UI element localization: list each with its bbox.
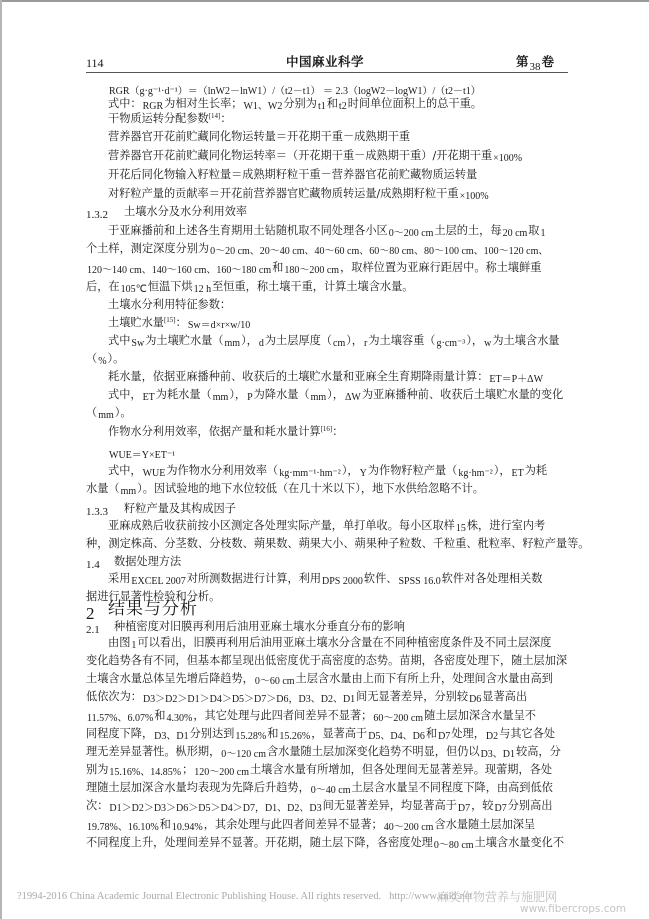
math-run: kg·hm⁻² bbox=[458, 468, 492, 479]
text-run: ，取样位置为亚麻行距居中。称土壤鲜重 bbox=[340, 261, 541, 274]
math-run: 0～120 cm bbox=[221, 749, 266, 760]
text-line: 后，在105℃恒温下烘12 h至恒重，称土壤干重，计算土壤含水量。 bbox=[86, 280, 413, 295]
text-run: 土层含水量由上而下有所上升，处理间含水量由高到 bbox=[296, 672, 553, 685]
math-run: d bbox=[259, 338, 264, 349]
text-run: （ bbox=[86, 352, 97, 365]
text-line: 土壤贮水量[15]：Sw＝d×r×w/10 bbox=[108, 316, 251, 331]
text-run: 和 bbox=[267, 727, 278, 740]
math-run: ET bbox=[143, 392, 155, 403]
page-number: 114 bbox=[86, 56, 104, 71]
math-run: 0～80 cm bbox=[434, 840, 474, 851]
text-run: ）。 bbox=[108, 352, 125, 365]
subsection-title: 土壤水分及水分利用效率 bbox=[124, 205, 247, 218]
math-run: 40～200 cm bbox=[384, 822, 434, 833]
text-run: 亚麻成熟后收获前按小区测定各处理实际产量，单打单收。每小区取样 bbox=[108, 519, 455, 532]
text-run: ； bbox=[182, 763, 193, 776]
text-run: 由图 bbox=[108, 636, 130, 649]
text-run: 水量（ bbox=[86, 482, 120, 495]
text-line: 耗水量，依据亚麻播种前、收获后的土壤贮水量和亚麻全生育期降雨量计算：ET＝P＋Δ… bbox=[108, 370, 544, 385]
text-run: 至恒重，称土壤干重，计算土壤含水量。 bbox=[212, 280, 413, 293]
subsection-heading: 2.1种植密度对旧膜再利用后油用亚麻土壤水分垂直分布的影响 bbox=[86, 618, 405, 634]
text-run: 营养器官开花前贮藏同化物运转量＝开花期干重－成熟期干重 bbox=[108, 130, 410, 143]
math-run: D5、D4、D6 bbox=[368, 731, 425, 742]
text-run: 含水量随土层加深变化趋势不明显，但仍以 bbox=[267, 745, 480, 758]
math-run: ×100% bbox=[460, 191, 489, 202]
text-run: 时间单位面积上的总干重。 bbox=[348, 97, 482, 110]
math-run: 120～140 cm、140～160 cm、160～180 cm bbox=[87, 265, 271, 276]
math-run: Sw＝d×r×w/10 bbox=[188, 320, 250, 331]
text-run: 为作物水分利用效率（ bbox=[166, 464, 278, 477]
text-run: 分别达到 bbox=[190, 727, 235, 740]
text-run: 分别高出 bbox=[508, 799, 553, 812]
text-run: 不同程度上升，处理间差异不显著。开花期，随土层下降，各密度处理 bbox=[86, 836, 433, 849]
text-line: 采用EXCEL 2007对所测数据进行计算，利用DPS 2000软件、SPSS … bbox=[108, 572, 542, 587]
text-run: 为亚麻播种前、收获后土壤贮水量的变化 bbox=[362, 388, 563, 401]
text-run: （ bbox=[86, 406, 97, 419]
text-run: 于亚麻播前和上述各生育期用土钻随机取不同处理各小区 bbox=[108, 224, 388, 237]
text-line: 不同程度上升，处理间差异不显著。开花期，随土层下降，各密度处理0～80 cm土壤… bbox=[86, 836, 564, 851]
text-run: 为降水量（ bbox=[254, 388, 310, 401]
text-run: ，其余处理与此四者间差异不显著； bbox=[204, 818, 383, 831]
math-run: DPS 2000 bbox=[322, 576, 363, 587]
text-run: 低依次为： bbox=[86, 690, 142, 703]
text-line: 营养器官开花前贮藏同化物运转量＝开花期干重－成熟期干重 bbox=[108, 130, 410, 144]
math-run: mm bbox=[311, 392, 327, 403]
math-run: 120～200 cm bbox=[194, 767, 249, 778]
math-run: t1 bbox=[318, 101, 326, 112]
math-run: r bbox=[364, 338, 367, 349]
math-run: 1 bbox=[131, 640, 136, 651]
math-run: 180～200 cm bbox=[284, 265, 339, 276]
text-line: 个土样，测定深度分别为0～20 cm、20～40 cm、40～60 cm、60～… bbox=[86, 242, 549, 257]
text-run: 理随土层加深含水量均表现为先降后升趋势， bbox=[86, 781, 310, 794]
text-line: （mm）。 bbox=[86, 406, 132, 421]
text-run: 后，在 bbox=[86, 280, 120, 293]
text-run: ）， bbox=[342, 464, 359, 477]
text-run: 土壤贮水量 bbox=[108, 316, 164, 329]
math-run: EXCEL 2007 bbox=[131, 576, 185, 587]
text-line: 变化趋势各有不同，但基本都呈现出低密度优于高密度的态势。苗期，各密度处理下，随土… bbox=[86, 654, 567, 668]
math-run: D3、D1 bbox=[481, 749, 515, 760]
math-run: 0～20 cm、20～40 cm、40～60 cm、60～80 cm、80～10… bbox=[210, 246, 548, 257]
text-line: 式中，WUE为作物水分利用效率（kg·mm⁻¹·hm⁻²），Y为作物籽粒产量（k… bbox=[108, 464, 547, 479]
math-run: 15.26% bbox=[279, 731, 310, 742]
math-run: D2 bbox=[486, 731, 498, 742]
text-run: ）， bbox=[346, 334, 363, 347]
text-run: ）， bbox=[466, 334, 483, 347]
text-line: 同程度下降，D3、D1分别达到15.28%和15.26%，显著高于D5、D4、D… bbox=[86, 727, 555, 742]
text-run: 变化趋势各有不同，但基本都呈现出低密度优于高密度的态势。苗期，各密度处理下，随土… bbox=[86, 654, 567, 667]
math-run: mm bbox=[225, 338, 241, 349]
text-run: 分别为 bbox=[283, 97, 317, 110]
text-run: 含水量随土层加深呈 bbox=[434, 818, 535, 831]
math-run: SPSS 16.0 bbox=[398, 576, 440, 587]
math-run: 15.28% bbox=[235, 731, 266, 742]
subsection-heading: 1.3.2土壤水分及水分利用效率 bbox=[86, 203, 247, 219]
text-run: 为土壤含水量 bbox=[492, 334, 559, 347]
math-run: D3、D1 bbox=[154, 731, 188, 742]
math-run: W1、W2 bbox=[243, 101, 282, 112]
citation-ref: [14] bbox=[209, 112, 221, 120]
math-run: ET＝P＋ΔW bbox=[489, 374, 543, 385]
text-line: 理随土层加深含水量均表现为先降后升趋势，0～40 cm土层含水量呈不同程度下降，… bbox=[86, 781, 553, 796]
header-rule bbox=[86, 72, 568, 73]
running-header: 114 中国麻业科学 第38卷 bbox=[86, 50, 454, 72]
math-run: P bbox=[247, 392, 253, 403]
math-run: % bbox=[98, 356, 106, 367]
text-run: ： bbox=[332, 425, 343, 438]
text-line: 式中Sw为土壤贮水量（mm），d为土层厚度（cm），r为土壤容重（g·cm⁻³）… bbox=[108, 334, 559, 349]
subsection-number: 1.4 bbox=[86, 559, 114, 571]
text-run: ，较 bbox=[471, 799, 493, 812]
math-run: 0～40 cm bbox=[311, 785, 351, 796]
math-run: 20 cm bbox=[503, 228, 528, 239]
text-run: 采用 bbox=[108, 572, 130, 585]
math-run: 15.16%、14.85% bbox=[109, 767, 181, 778]
page-border-left bbox=[0, 0, 2, 919]
text-run: ）。因试验地的地下水位较低（在几十米以下），地下水供给忽略不计。 bbox=[137, 482, 484, 495]
text-run: 株，进行室内考 bbox=[467, 519, 545, 532]
text-run: 营养器官开花前贮藏同化物运转率＝（开花期干重－成熟期干重）/开花期干重 bbox=[108, 149, 492, 162]
text-run: 为土壤贮水量（ bbox=[145, 334, 223, 347]
text-run: 式中， bbox=[108, 464, 142, 477]
math-run: D7 bbox=[495, 803, 507, 814]
text-line: 11.57%、6.07%和4.30%，其它处理与此四者间差异不显著；60～200… bbox=[86, 709, 536, 724]
math-run: 11.57%、6.07% bbox=[87, 713, 153, 724]
text-line: 亚麻成熟后收获前按小区测定各处理实际产量，单打单收。每小区取样15株，进行室内考 bbox=[108, 519, 545, 534]
text-run: 和 bbox=[160, 818, 171, 831]
text-run: ，显著高于 bbox=[311, 727, 367, 740]
math-run: 15 bbox=[456, 523, 466, 534]
text-run: 种，测定株高、分茎数、分枝数、蒴果数、蒴果大小、蒴果种子粒数、千粒重、秕粒率、籽… bbox=[86, 537, 589, 550]
text-line: 土壤水分利用特征参数： bbox=[108, 298, 231, 312]
math-run: 12 h bbox=[194, 284, 212, 295]
subsection-heading: 1.3.3籽粒产量及其构成因子 bbox=[86, 500, 236, 516]
text-line: （%）。 bbox=[86, 352, 124, 367]
math-run: D3＞D2＞D1＞D4＞D5＞D7＞D6，D3、D2、D1 bbox=[143, 694, 355, 705]
copyright-footer: ?1994-2016 China Academic Journal Electr… bbox=[17, 891, 472, 902]
math-run: mm bbox=[98, 410, 114, 421]
section-heading-results: 2结果与分析 bbox=[86, 594, 198, 619]
text-line: 种，测定株高、分茎数、分枝数、蒴果数、蒴果大小、蒴果种子粒数、千粒重、秕粒率、籽… bbox=[86, 537, 589, 551]
subsection-title: 籽粒产量及其构成因子 bbox=[124, 502, 236, 515]
text-run: 取 bbox=[528, 224, 539, 237]
text-line: 别为15.16%、14.85%；120～200 cm土壤含水量有所增加，但各处理… bbox=[86, 763, 552, 778]
text-run: ，其它处理与此四者间差异不显著； bbox=[193, 709, 372, 722]
math-run: mm bbox=[121, 486, 137, 497]
math-run: WUE＝Y×ET⁻¹ bbox=[109, 450, 175, 461]
math-run: WUE bbox=[143, 468, 166, 479]
text-line: 对籽粒产量的贡献率＝开花前营养器官贮藏物质转运量/成熟期籽粒干重×100% bbox=[108, 187, 490, 202]
text-run: 次： bbox=[86, 799, 108, 812]
text-run: 土壤水分利用特征参数： bbox=[108, 298, 231, 311]
text-run: 式中 bbox=[108, 334, 130, 347]
text-run: 软件、 bbox=[364, 572, 398, 585]
text-run: ： bbox=[220, 112, 231, 125]
watermark-site: www.fibercrops.com bbox=[520, 903, 626, 915]
citation-ref: [15] bbox=[164, 316, 176, 324]
text-run: 间无显著差异，均显著高于 bbox=[323, 799, 457, 812]
text-line: 水量（mm）。因试验地的地下水位较低（在几十米以下），地下水供给忽略不计。 bbox=[86, 482, 484, 497]
math-run: t2 bbox=[339, 101, 347, 112]
text-run: 随土层加深含水量呈不 bbox=[424, 709, 536, 722]
text-run: 和 bbox=[154, 709, 165, 722]
page-border-top bbox=[0, 0, 649, 2]
text-run: 恒温下烘 bbox=[148, 280, 193, 293]
math-run: 1 bbox=[540, 228, 545, 239]
math-run: 0～60 cm bbox=[255, 676, 295, 687]
text-run: 为土层厚度（ bbox=[265, 334, 332, 347]
text-line: 次：D1＞D2＞D3＞D6＞D5＞D4＞D7，D1、D2、D3间无显著差异，均显… bbox=[86, 799, 553, 814]
text-run: 别为 bbox=[86, 763, 108, 776]
text-line: 理无差异显著性。枞形期，0～120 cm含水量随土层加深变化趋势不明显，但仍以D… bbox=[86, 745, 561, 760]
text-run: 为作物籽粒产量（ bbox=[368, 464, 458, 477]
subsection-title: 种植密度对旧膜再利用后油用亚麻土壤水分垂直分布的影响 bbox=[114, 620, 405, 633]
math-run: D6 bbox=[469, 694, 481, 705]
text-run: 显著高出 bbox=[482, 690, 527, 703]
math-run: 105℃ bbox=[121, 284, 147, 295]
text-run: 为相对生长率； bbox=[164, 97, 242, 110]
text-run: 和 bbox=[426, 727, 437, 740]
math-run: RGR bbox=[143, 101, 164, 112]
text-line: 低依次为：D3＞D2＞D1＞D4＞D5＞D7＞D6，D3、D2、D1间无显著差异… bbox=[86, 690, 527, 705]
text-run: 对所测数据进行计算，利用 bbox=[187, 572, 321, 585]
text-line: 营养器官开花前贮藏同化物运转率＝（开花期干重－成熟期干重）/开花期干重×100% bbox=[108, 149, 523, 164]
text-line: 作物水分利用效率，依据产量和耗水量计算[16]： bbox=[108, 425, 343, 440]
subsection-number: 1.3.2 bbox=[86, 209, 124, 221]
text-line: 于亚麻播前和上述各生育期用土钻随机取不同处理各小区0～200 cm土层的土，每2… bbox=[108, 224, 546, 239]
math-run: D7 bbox=[438, 731, 450, 742]
text-run: 开花后同化物输入籽粒量＝成熟期籽粒干重－营养器官花前贮藏物质运转量 bbox=[108, 168, 477, 181]
section-number: 2 bbox=[86, 604, 108, 624]
text-run: ）， bbox=[494, 464, 511, 477]
math-run: D1＞D2＞D3＞D6＞D5＞D4＞D7，D1、D2、D3 bbox=[109, 803, 321, 814]
math-run: Y bbox=[360, 468, 367, 479]
section-title: 结果与分析 bbox=[108, 599, 198, 619]
text-line: 干物质运转分配参数[14]： bbox=[108, 112, 232, 127]
math-run: Sw bbox=[131, 338, 144, 349]
text-line: 由图1可以看出，旧膜再利用后油用亚麻土壤水分含量在不同种植密度条件及不同土层深度 bbox=[108, 636, 551, 651]
math-run: D7 bbox=[458, 803, 470, 814]
text-run: 式中： bbox=[108, 97, 142, 110]
volume-label: 第38卷 bbox=[516, 52, 554, 70]
text-run: 和 bbox=[272, 261, 283, 274]
text-line: 120～140 cm、140～160 cm、160～180 cm和180～200… bbox=[86, 261, 541, 276]
text-run: 为耗 bbox=[525, 464, 547, 477]
text-run: 间无显著差异，分别较 bbox=[356, 690, 468, 703]
text-run: ）， bbox=[327, 388, 344, 401]
math-run: mm bbox=[213, 392, 229, 403]
math-run: 60～200 cm bbox=[373, 713, 423, 724]
text-run: 可以看出，旧膜再利用后油用亚麻土壤水分含量在不同种植密度条件及不同土层深度 bbox=[137, 636, 551, 649]
text-line: 19.78%、16.10%和10.94%，其余处理与此四者间差异不显著；40～2… bbox=[86, 818, 535, 833]
math-run: RGR（g·g⁻¹·d⁻¹）＝（lnW2－lnW1）/（t2－t1） ＝ 2.3… bbox=[109, 86, 481, 97]
text-run: 土层含水量呈不同程度下降，由高到低依 bbox=[351, 781, 552, 794]
math-run: ET bbox=[512, 468, 524, 479]
subsection-number: 1.3.3 bbox=[86, 506, 124, 518]
math-run: ×100% bbox=[493, 153, 522, 164]
math-run: w bbox=[484, 338, 491, 349]
math-run: kg·mm⁻¹·hm⁻² bbox=[279, 468, 341, 479]
text-run: 土壤含水量总体呈先增后降趋势， bbox=[86, 672, 254, 685]
text-line: 式中：RGR为相对生长率；W1、W2分别为t1和t2时间单位面积上的总干重。 bbox=[108, 97, 482, 112]
text-run: 耗水量，依据亚麻播种前、收获后的土壤贮水量和亚麻全生育期降雨量计算： bbox=[108, 370, 488, 383]
text-line: 开花后同化物输入籽粒量＝成熟期籽粒干重－营养器官花前贮藏物质运转量 bbox=[108, 168, 477, 182]
subsection-title: 数据处理方法 bbox=[114, 555, 181, 568]
math-run: g·cm⁻³ bbox=[436, 338, 465, 349]
text-run: ： bbox=[176, 316, 187, 329]
text-run: 和 bbox=[327, 97, 338, 110]
math-run: 4.30% bbox=[167, 713, 193, 724]
math-run: 0～200 cm bbox=[389, 228, 434, 239]
text-run: 对籽粒产量的贡献率＝开花前营养器官贮藏物质转运量/成熟期籽粒干重 bbox=[108, 187, 459, 200]
journal-title: 中国麻业科学 bbox=[286, 52, 364, 70]
text-run: 个土样，测定深度分别为 bbox=[86, 242, 209, 255]
text-run: 软件对各处理相关数 bbox=[442, 572, 543, 585]
text-line: 土壤含水量总体呈先增后降趋势，0～60 cm土层含水量由上而下有所上升，处理间含… bbox=[86, 672, 553, 687]
math-run: 10.94% bbox=[172, 822, 203, 833]
text-run: 较高，分 bbox=[516, 745, 561, 758]
text-run: ）。 bbox=[115, 406, 132, 419]
subsection-number: 2.1 bbox=[86, 624, 114, 636]
text-line: WUE＝Y×ET⁻¹ bbox=[108, 446, 176, 461]
text-run: 土壤含水量有所增加，但各处理间无显著差异。现蕾期，各处 bbox=[250, 763, 552, 776]
text-run: 同程度下降， bbox=[86, 727, 153, 740]
text-run: 为耗水量（ bbox=[156, 388, 212, 401]
text-line: 式中，ET为耗水量（mm），P为降水量（mm），ΔW为亚麻播种前、收获后土壤贮水… bbox=[108, 388, 563, 403]
subsection-heading: 1.4数据处理方法 bbox=[86, 553, 181, 569]
text-run: 干物质运转分配参数 bbox=[108, 112, 209, 125]
math-run: cm bbox=[333, 338, 345, 349]
math-run: ΔW bbox=[345, 392, 361, 403]
text-run: 为土壤容重（ bbox=[368, 334, 435, 347]
text-run: 与其它各处 bbox=[499, 727, 555, 740]
text-run: 式中， bbox=[108, 388, 142, 401]
text-run: 作物水分利用效率，依据产量和耗水量计算 bbox=[108, 425, 321, 438]
text-run: ）， bbox=[229, 388, 246, 401]
citation-ref: [16] bbox=[321, 425, 333, 433]
text-line: RGR（g·g⁻¹·d⁻¹）＝（lnW2－lnW1）/（t2－t1） ＝ 2.3… bbox=[108, 82, 482, 97]
text-run: ）， bbox=[241, 334, 258, 347]
text-run: 处理， bbox=[451, 727, 485, 740]
text-run: 理无差异显著性。枞形期， bbox=[86, 745, 220, 758]
text-run: 土层的土，每 bbox=[434, 224, 501, 237]
math-run: 19.78%、16.10% bbox=[87, 822, 159, 833]
text-run: 土壤含水量变化不 bbox=[475, 836, 565, 849]
